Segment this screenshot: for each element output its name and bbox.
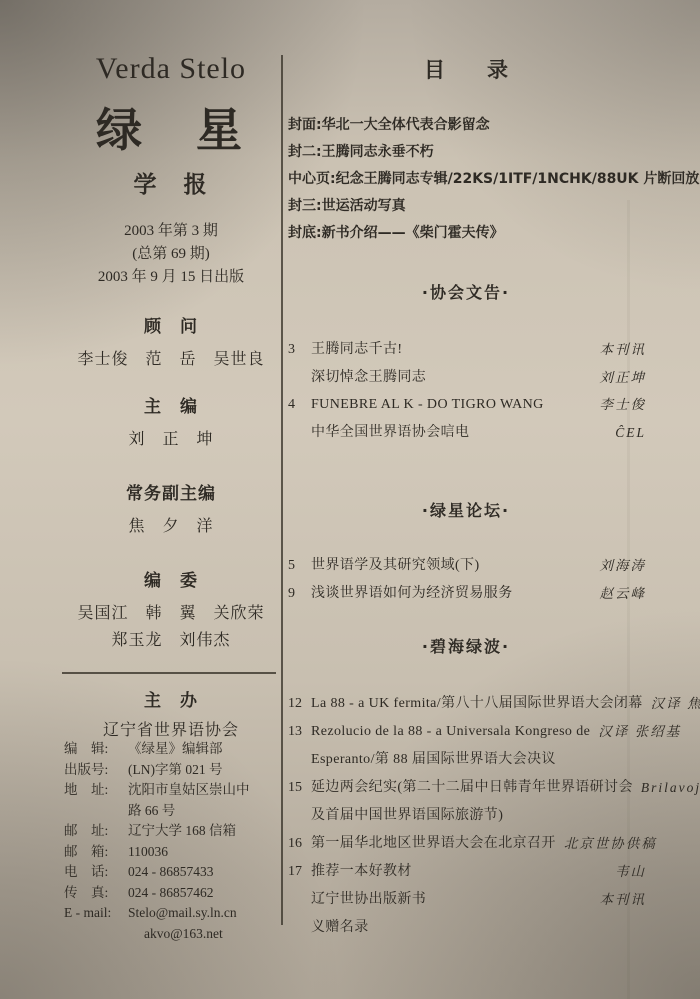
- contact-label: E - mail:: [64, 903, 128, 924]
- contact-label: 地 址:: [64, 780, 128, 801]
- toc-entry-title: 推荐一本好教材: [311, 858, 607, 886]
- toc-entry-author: 赵云峰: [600, 580, 647, 608]
- masthead-heading: 编 委: [60, 566, 282, 591]
- toc-entry-title: 浅谈世界语如何为经济贸易服务: [311, 580, 592, 608]
- issue-info: 2003 年第 3 期 (总第 69 期) 2003 年 9 月 15 日出版: [60, 220, 282, 289]
- masthead-names-line: 焦 夕 洋: [60, 513, 282, 540]
- toc-entry-author: 李士俊: [600, 391, 647, 419]
- toc-section-heading-green-star-forum: ·绿星论坛·: [287, 498, 645, 521]
- masthead-names-line: 吴国江 韩 翼 关欣荣: [60, 600, 282, 627]
- journal-title-chinese: 绿 星: [60, 94, 282, 160]
- cover-item: 封二:王腾同志永垂不朽: [288, 139, 688, 166]
- toc-entries-association-notices: 3 王腾同志千古! 本刊讯 深切悼念王腾同志 刘正坤 4 FUNEBRE AL …: [288, 336, 646, 446]
- toc-entry-author: 汉译 焦夕洋: [651, 690, 700, 718]
- toc-entry-title: La 88 - a UK fermita/第八十八届国际世界语大会闭幕: [311, 690, 643, 718]
- toc-entries-blue-sea-green-waves: 12 La 88 - a UK fermita/第八十八届国际世界语大会闭幕 汉…: [288, 690, 646, 942]
- contact-row-editor: 编 辑: 《绿星》编辑部: [64, 739, 296, 760]
- organizer-block: 主 办 辽宁省世界语协会: [60, 686, 282, 740]
- toc-entry: 中华全国世界语协会唁电 ĈEL: [288, 419, 646, 447]
- masthead-heading: 顾 问: [60, 312, 282, 337]
- contact-value: 辽宁大学 168 信箱: [128, 821, 296, 842]
- toc-entry-title: 第一届华北地区世界语大会在北京召开: [311, 830, 556, 858]
- toc-entry-author: Brilavoj: [641, 774, 700, 802]
- toc-section-heading-association-notices: ·协会文告·: [287, 280, 645, 303]
- toc-entry-title: 中华全国世界语协会唁电: [311, 419, 607, 447]
- contact-label: 邮 箱:: [64, 842, 128, 863]
- masthead-heading: 主 编: [60, 392, 282, 417]
- toc-entry-page: 15: [288, 774, 311, 802]
- cover-item: 封面:华北一大全体代表合影留念: [288, 112, 688, 139]
- toc-entry-title: 义赠名录: [311, 914, 638, 942]
- contact-row-email: E - mail: Stelo@mail.sy.ln.cn akvo@163.n…: [64, 903, 296, 944]
- toc-entry-author: 汉译 张绍基: [598, 718, 681, 746]
- toc-entry-title: 辽宁世协出版新书: [311, 886, 592, 914]
- contact-value: 路 66 号: [128, 801, 296, 822]
- toc-entry: 12 La 88 - a UK fermita/第八十八届国际世界语大会闭幕 汉…: [288, 690, 646, 718]
- toc-entry-title-line2: 及首届中国世界语国际旅游节): [311, 802, 633, 830]
- cover-item: 封三:世运活动写真: [288, 193, 688, 220]
- toc-entry-page: 3: [288, 336, 311, 364]
- journal-page-photo: Verda Stelo 绿 星 学 报 2003 年第 3 期 (总第 69 期…: [0, 0, 700, 999]
- toc-entry-title: FUNEBRE AL K - DO TIGRO WANG: [311, 391, 592, 419]
- masthead-names-line: 郑玉龙 刘伟杰: [60, 627, 282, 654]
- journal-subtitle: 学 报: [60, 166, 282, 199]
- toc-entry: 13 Rezolucio de la 88 - a Universala Kon…: [288, 718, 646, 774]
- masthead-names-line: 李士俊 范 岳 吴世良: [60, 346, 282, 373]
- contact-label: 传 真:: [64, 883, 128, 904]
- issue-line: 2003 年 9 月 15 日出版: [60, 266, 282, 289]
- contact-row-mail-address: 邮 址: 辽宁大学 168 信箱: [64, 821, 296, 842]
- toc-section-heading-blue-sea-green-waves: ·碧海绿波·: [287, 634, 645, 657]
- contact-row-address: 地 址: 沈阳市皇姑区崇山中 路 66 号: [64, 780, 296, 821]
- contact-value: Stelo@mail.sy.ln.cn: [128, 903, 296, 924]
- toc-entry-title: 世界语学及其研究领域(下): [311, 552, 592, 580]
- contact-label: 编 辑:: [64, 739, 128, 760]
- masthead-divider-line: [62, 672, 276, 674]
- contact-value: 024 - 86857433: [128, 862, 296, 883]
- masthead-names-line: 刘 正 坤: [60, 426, 282, 453]
- toc-entry-page: 9: [288, 580, 311, 608]
- toc-entry-author: 本刊讯: [600, 336, 647, 364]
- toc-entry-page: 12: [288, 690, 311, 718]
- toc-entry-author: 刘海涛: [600, 552, 647, 580]
- contact-label: 邮 址:: [64, 821, 128, 842]
- toc-entry-page: 17: [288, 858, 311, 886]
- toc-entry-page: 13: [288, 718, 311, 746]
- toc-entry-page: 4: [288, 391, 311, 419]
- toc-entry-page: 5: [288, 552, 311, 580]
- cover-item: 中心页:纪念王腾同志专辑/22KS/1ITF/1NCHK/88UK 片断回放: [288, 166, 688, 193]
- toc-entry-title: 延边两会纪实(第二十二届中日韩青年世界语研讨会: [311, 774, 633, 802]
- toc-entry-author: 韦山: [615, 858, 646, 886]
- masthead-group-deputy-editor: 常务副主编 焦 夕 洋: [60, 479, 282, 540]
- issue-line: (总第 69 期): [60, 243, 282, 266]
- toc-entry: 5 世界语学及其研究领域(下) 刘海涛: [288, 552, 646, 580]
- toc-entry: 辽宁世协出版新书 本刊讯: [288, 886, 646, 914]
- toc-entry-page: 16: [288, 830, 311, 858]
- cover-items: 封面:华北一大全体代表合影留念 封二:王腾同志永垂不朽 中心页:纪念王腾同志专辑…: [288, 112, 688, 247]
- contact-row-publication-no: 出版号: (LN)字第 021 号: [64, 760, 296, 781]
- toc-entry: 9 浅谈世界语如何为经济贸易服务 赵云峰: [288, 580, 646, 608]
- toc-entry-title-line2: Esperanto/第 88 届国际世界语大会决议: [311, 746, 590, 774]
- toc-entry-author: 本刊讯: [600, 886, 647, 914]
- organizer-heading: 主 办: [60, 686, 282, 711]
- toc-entry-author: ĈEL: [615, 419, 646, 447]
- contact-value: akvo@163.net: [128, 924, 296, 945]
- toc-entry: 16 第一届华北地区世界语大会在北京召开 北京世协供稿: [288, 830, 646, 858]
- toc-entry-title: 深切悼念王腾同志: [311, 364, 592, 392]
- toc-entry-author: 北京世协供稿: [564, 830, 657, 858]
- toc-entry: 义赠名录: [288, 914, 646, 942]
- contact-value: 沈阳市皇姑区崇山中: [128, 780, 296, 801]
- contact-value: 024 - 86857462: [128, 883, 296, 904]
- toc-entry-title: Rezolucio de la 88 - a Universala Kongre…: [311, 718, 590, 746]
- contact-label: 电 话:: [64, 862, 128, 883]
- contact-value: 《绿星》编辑部: [128, 739, 296, 760]
- issue-line: 2003 年第 3 期: [60, 220, 282, 243]
- toc-entry-author: 刘正坤: [600, 364, 647, 392]
- organizer-name: 辽宁省世界语协会: [60, 717, 282, 740]
- journal-title-latin: Verda Stelo: [60, 52, 282, 86]
- contact-row-postcode: 邮 箱: 110036: [64, 842, 296, 863]
- contact-value: (LN)字第 021 号: [128, 760, 296, 781]
- toc-entry-title: 王腾同志千古!: [311, 336, 592, 364]
- toc-entry: 4 FUNEBRE AL K - DO TIGRO WANG 李士俊: [288, 391, 646, 419]
- contact-row-phone: 电 话: 024 - 86857433: [64, 862, 296, 883]
- toc-entry: 深切悼念王腾同志 刘正坤: [288, 364, 646, 392]
- toc-entry: 15 延边两会纪实(第二十二届中日韩青年世界语研讨会 及首届中国世界语国际旅游节…: [288, 774, 646, 830]
- masthead-heading: 常务副主编: [60, 479, 282, 504]
- masthead-group-advisors: 顾 问 李士俊 范 岳 吴世良: [60, 312, 282, 373]
- toc-title: 目 录: [287, 54, 645, 84]
- toc-entry: 17 推荐一本好教材 韦山: [288, 858, 646, 886]
- contact-label: 出版号:: [64, 760, 128, 781]
- cover-item: 封底:新书介绍——《柴门霍夫传》: [288, 220, 688, 247]
- masthead-group-chief-editor: 主 编 刘 正 坤: [60, 392, 282, 453]
- contact-row-fax: 传 真: 024 - 86857462: [64, 883, 296, 904]
- toc-entries-green-star-forum: 5 世界语学及其研究领域(下) 刘海涛 9 浅谈世界语如何为经济贸易服务 赵云峰: [288, 552, 646, 608]
- toc-entry: 3 王腾同志千古! 本刊讯: [288, 336, 646, 364]
- masthead-group-editorial-board: 编 委 吴国江 韩 翼 关欣荣 郑玉龙 刘伟杰: [60, 566, 282, 654]
- contact-block: 编 辑: 《绿星》编辑部 出版号: (LN)字第 021 号 地 址: 沈阳市皇…: [64, 739, 296, 944]
- contact-value: 110036: [128, 842, 296, 863]
